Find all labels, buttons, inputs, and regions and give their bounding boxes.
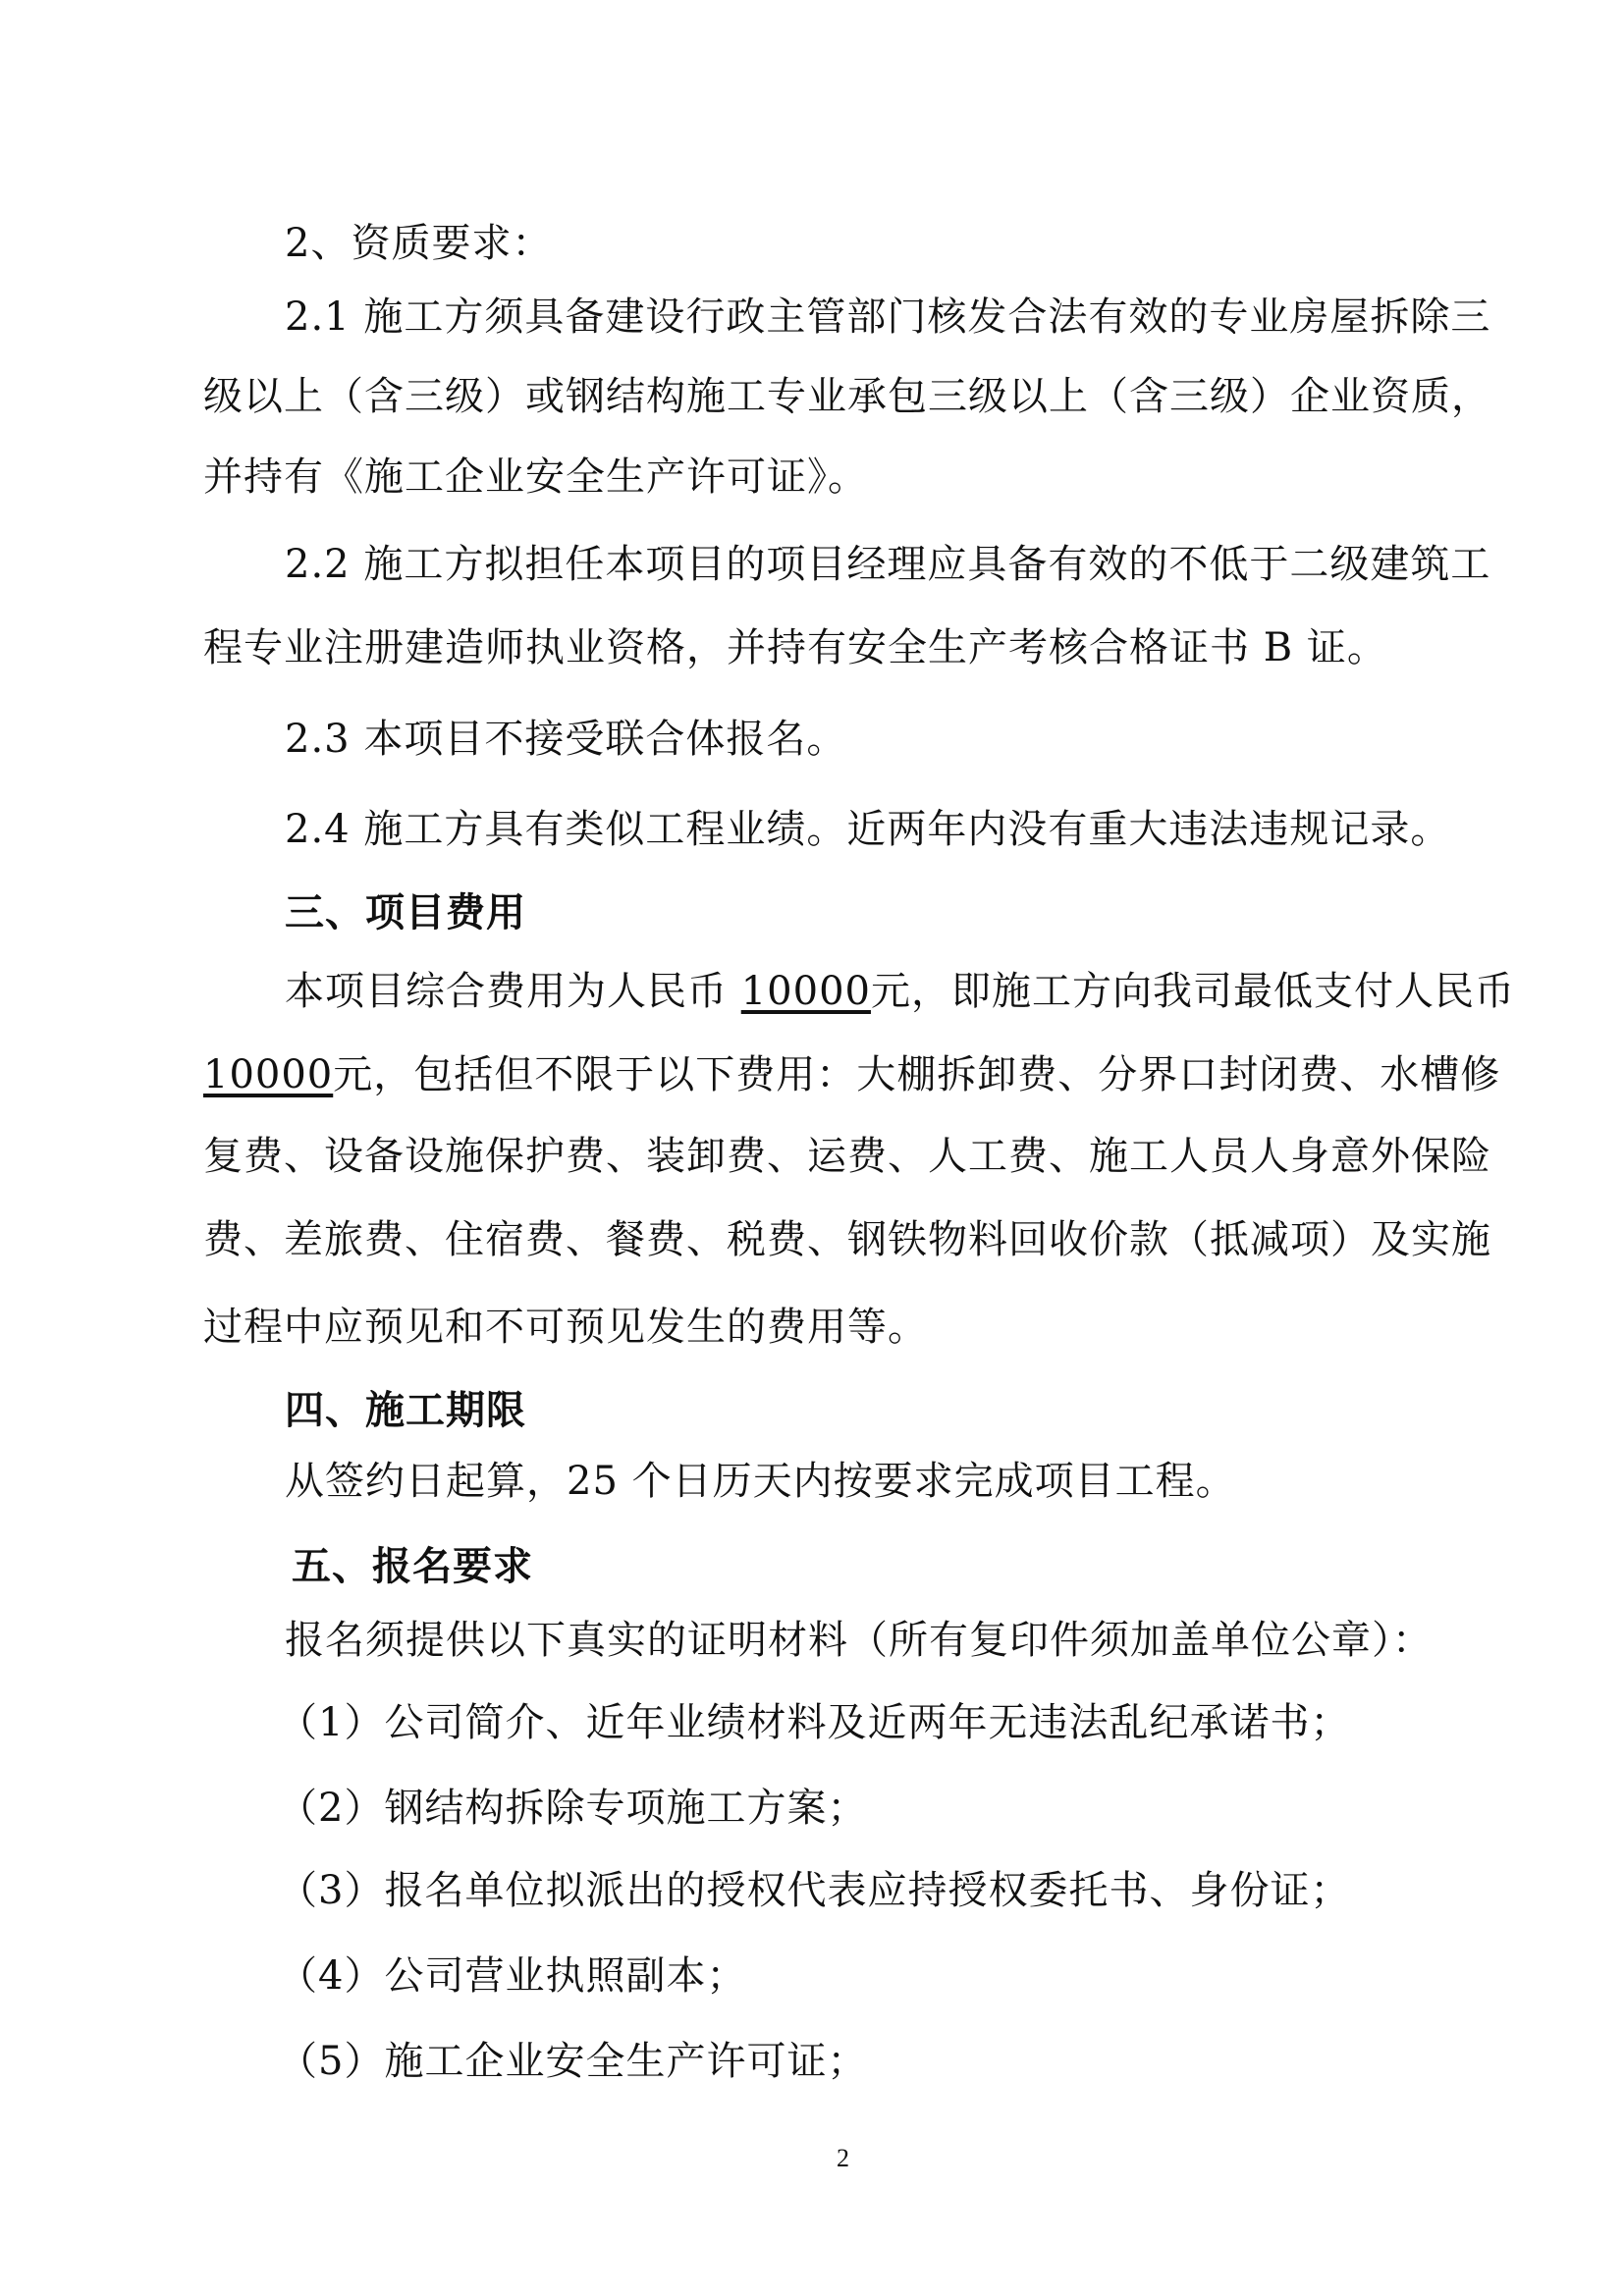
- section-2-title: 2、资质要求：: [285, 220, 552, 267]
- page-number: 2: [837, 2144, 849, 2173]
- section-4-title: 四、施工期限: [285, 1387, 526, 1434]
- requirement-item-1: （1）公司简介、近年业绩材料及近两年无违法乱纪承诺书；: [278, 1699, 1350, 1746]
- item-2-4: 2.4 施工方具有类似工程业绩。近两年内没有重大违法违规记录。: [285, 806, 1450, 853]
- section-3-line-1: 本项目综合费用为人民币 10000元，即施工方向我司最低支付人民币: [285, 968, 1515, 1015]
- fee-text-prefix: 本项目综合费用为人民币: [285, 969, 741, 1014]
- section-5-intro: 报名须提供以下真实的证明材料（所有复印件须加盖单位公章）：: [285, 1617, 1433, 1664]
- item-2-3: 2.3 本项目不接受联合体报名。: [285, 716, 846, 763]
- section-3-line-5: 过程中应预见和不可预见发生的费用等。: [203, 1304, 928, 1351]
- section-3-line-4: 费、差旅费、住宿费、餐费、税费、钢铁物料回收价款（抵减项）及实施: [203, 1216, 1491, 1263]
- requirement-item-2: （2）钢结构拆除专项施工方案；: [278, 1785, 867, 1832]
- item-2-2-line-1: 2.2 施工方拟担任本项目的项目经理应具备有效的不低于二级建筑工: [285, 541, 1490, 588]
- requirement-item-3: （3）报名单位拟派出的授权代表应持授权委托书、身份证；: [278, 1867, 1350, 1914]
- item-2-2-line-2: 程专业注册建造师执业资格，并持有安全生产考核合格证书 B 证。: [203, 624, 1387, 671]
- requirement-item-4: （4）公司营业执照副本；: [278, 1952, 746, 2000]
- fee-list-start: 元，包括但不限于以下费用：大棚拆卸费、分界口封闭费、水槽修: [333, 1052, 1500, 1097]
- item-2-1-line-1: 2.1 施工方须具备建设行政主管部门核发合法有效的专业房屋拆除三: [285, 294, 1490, 341]
- fee-amount: 10000: [741, 969, 871, 1014]
- section-4-text: 从签约日起算，25 个日历天内按要求完成项目工程。: [285, 1458, 1236, 1505]
- fee-amount-2: 10000: [203, 1052, 333, 1097]
- requirement-item-5: （5）施工企业安全生产许可证；: [278, 2038, 867, 2085]
- fee-text-suffix: 元，即施工方向我司最低支付人民币: [871, 969, 1515, 1014]
- item-2-1-line-2: 级以上（含三级）或钢结构施工专业承包三级以上（含三级）企业资质，: [203, 373, 1491, 420]
- section-3-line-3: 复费、设备设施保护费、装卸费、运费、人工费、施工人员人身意外保险: [203, 1133, 1491, 1180]
- item-2-1-line-3: 并持有《施工企业安全生产许可证》。: [203, 454, 868, 501]
- section-3-line-2: 10000元，包括但不限于以下费用：大棚拆卸费、分界口封闭费、水槽修: [203, 1051, 1500, 1098]
- section-3-title: 三、项目费用: [285, 889, 526, 936]
- section-5-title: 五、报名要求: [292, 1543, 533, 1590]
